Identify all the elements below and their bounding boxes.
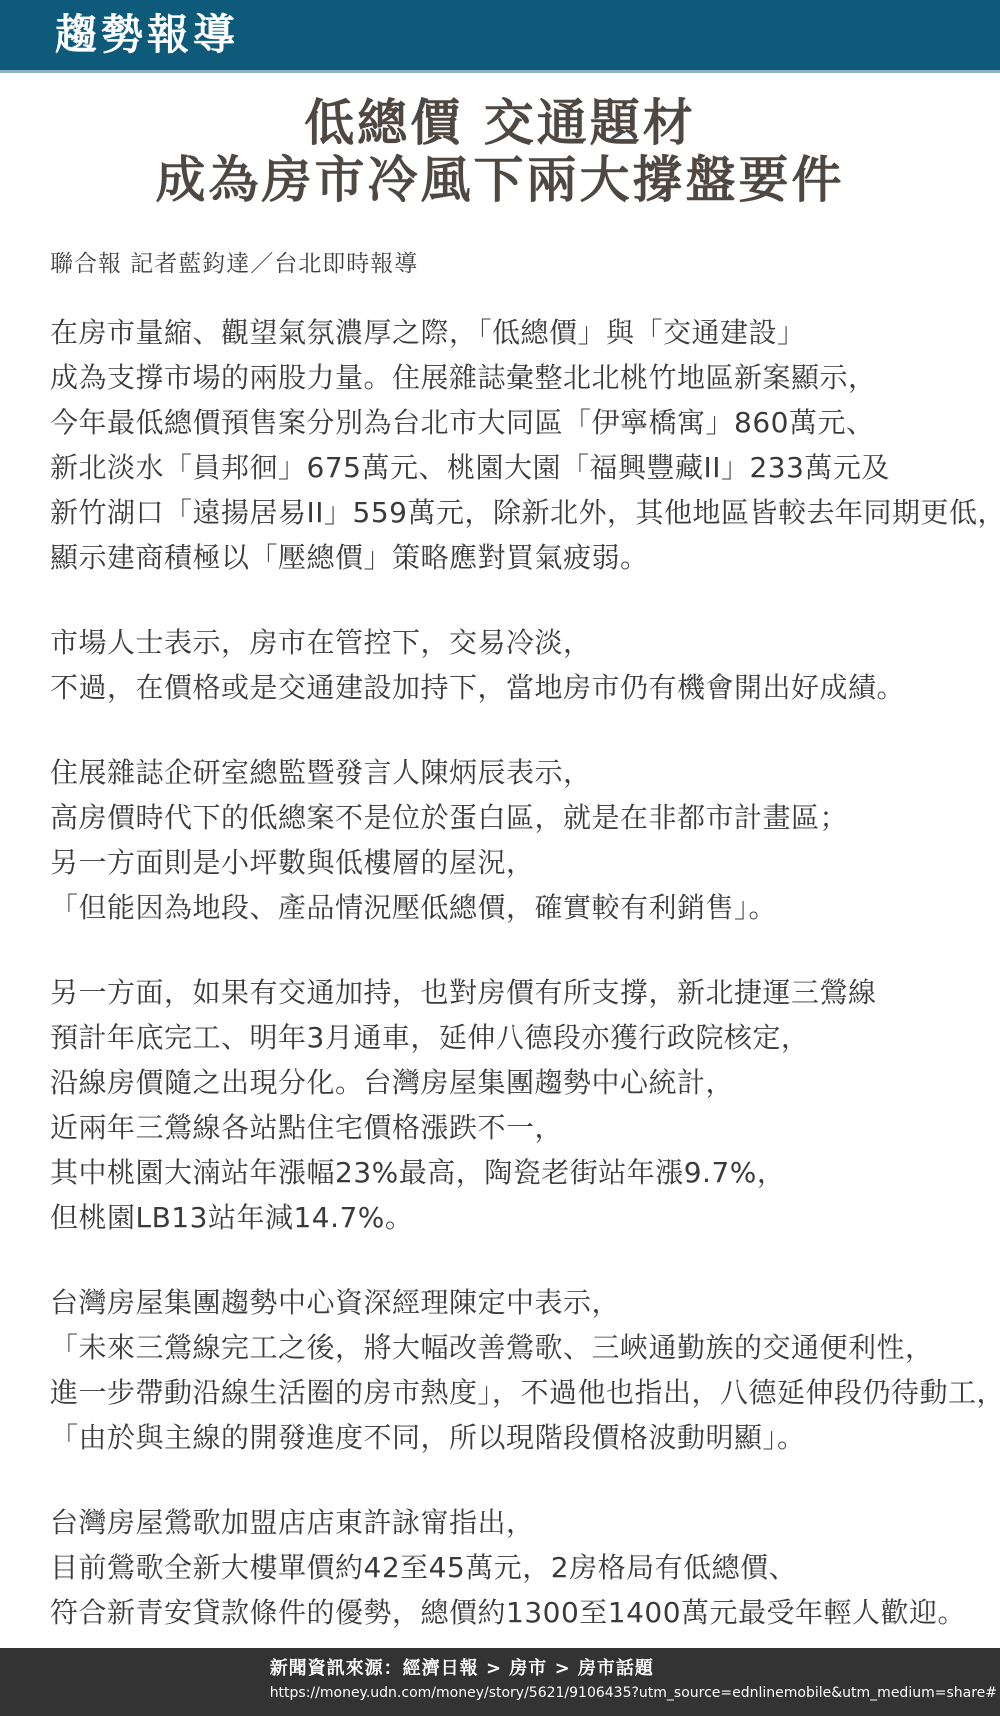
- paragraph-line: 預計年底完工、明年3月通車，延伸八德段亦獲行政院核定，: [50, 1015, 976, 1060]
- paragraph-line: 符合新青安貸款條件的優勢，總價約1300至1400萬元最受年輕人歡迎。: [50, 1590, 976, 1635]
- paragraph-line: 但桃園LB13站年減14.7%。: [50, 1195, 976, 1240]
- paragraph-line: 近兩年三鶯線各站點住宅價格漲跌不一，: [50, 1105, 976, 1150]
- paragraph-line: 住展雜誌企研室總監暨發言人陳炳辰表示，: [50, 750, 976, 795]
- paragraph-line: 目前鶯歌全新大樓單價約42至45萬元，2房格局有低總價、: [50, 1545, 976, 1590]
- paragraph-line: 另一方面則是小坪數與低樓層的屋況，: [50, 840, 976, 885]
- paragraph-line: 成為支撐市場的兩股力量。住展雜誌彙整北北桃竹地區新案顯示，: [50, 355, 976, 400]
- paragraph-line: 沿線房價隨之出現分化。台灣房屋集團趨勢中心統計，: [50, 1060, 976, 1105]
- paragraph-line: 台灣房屋集團趨勢中心資深經理陳定中表示，: [50, 1280, 976, 1325]
- paragraph-line: 「由於與主線的開發進度不同，所以現階段價格波動明顯」。: [50, 1415, 976, 1460]
- article-paragraph: 台灣房屋集團趨勢中心資深經理陳定中表示，「未來三鶯線完工之後，將大幅改善鶯歌、三…: [50, 1280, 976, 1460]
- paragraph-line: 進一步帶動沿線生活圈的房市熱度」，不過他也指出，八德延伸段仍待動工，: [50, 1370, 976, 1415]
- header-bar: 趨勢報導: [0, 0, 1000, 73]
- article-title-line1: 低總價 交通題材: [0, 95, 1000, 152]
- paragraph-line: 新北淡水「員邦徊」675萬元、桃園大園「福興豐藏II」233萬元及: [50, 445, 976, 490]
- paragraph-line: 在房市量縮、觀望氣氛濃厚之際，「低總價」與「交通建設」: [50, 310, 976, 355]
- paragraph-line: 市場人士表示，房市在管控下，交易冷淡，: [50, 620, 976, 665]
- paragraph-line: 台灣房屋鶯歌加盟店店東許詠甯指出，: [50, 1500, 976, 1545]
- paragraph-line: 高房價時代下的低總案不是位於蛋白區，就是在非都市計畫區；: [50, 795, 976, 840]
- paragraph-line: 另一方面，如果有交通加持，也對房價有所支撐，新北捷運三鶯線: [50, 970, 976, 1015]
- paragraph-line: 今年最低總價預售案分別為台北市大同區「伊寧橋寓」860萬元、: [50, 400, 976, 445]
- article-body: 在房市量縮、觀望氣氛濃厚之際，「低總價」與「交通建設」成為支撐市場的兩股力量。住…: [50, 310, 976, 1635]
- footer-content: 新聞資訊來源：經濟日報 > 房市 > 房市話題 https://money.ud…: [270, 1656, 997, 1704]
- article-paragraph: 在房市量縮、觀望氣氛濃厚之際，「低總價」與「交通建設」成為支撐市場的兩股力量。住…: [50, 310, 976, 580]
- article-paragraph: 市場人士表示，房市在管控下，交易冷淡，不過，在價格或是交通建設加持下，當地房市仍…: [50, 620, 976, 710]
- paragraph-line: 「但能因為地段、產品情況壓低總價，確實較有利銷售」。: [50, 885, 976, 930]
- article-paragraph: 住展雜誌企研室總監暨發言人陳炳辰表示，高房價時代下的低總案不是位於蛋白區，就是在…: [50, 750, 976, 930]
- article-title: 低總價 交通題材 成為房市冷風下兩大撐盤要件: [0, 95, 1000, 209]
- footer-bar: 新聞資訊來源：經濟日報 > 房市 > 房市話題 https://money.ud…: [0, 1648, 1000, 1716]
- footer-source-url: https://money.udn.com/money/story/5621/9…: [270, 1682, 997, 1704]
- paragraph-line: 「未來三鶯線完工之後，將大幅改善鶯歌、三峽通勤族的交通便利性，: [50, 1325, 976, 1370]
- page: 趨勢報導 低總價 交通題材 成為房市冷風下兩大撐盤要件 聯合報 記者藍鈞達／台北…: [0, 0, 1000, 1716]
- paragraph-line: 新竹湖口「遠揚居易II」559萬元，除新北外，其他地區皆較去年同期更低，: [50, 490, 976, 535]
- article-paragraph: 台灣房屋鶯歌加盟店店東許詠甯指出，目前鶯歌全新大樓單價約42至45萬元，2房格局…: [50, 1500, 976, 1635]
- paragraph-line: 不過，在價格或是交通建設加持下，當地房市仍有機會開出好成績。: [50, 665, 976, 710]
- article-title-line2: 成為房市冷風下兩大撐盤要件: [0, 152, 1000, 209]
- paragraph-line: 顯示建商積極以「壓總價」策略應對買氣疲弱。: [50, 535, 976, 580]
- article-paragraph: 另一方面，如果有交通加持，也對房價有所支撐，新北捷運三鶯線預計年底完工、明年3月…: [50, 970, 976, 1240]
- byline: 聯合報 記者藍鈞達／台北即時報導: [50, 245, 1000, 278]
- footer-source-breadcrumb: 新聞資訊來源：經濟日報 > 房市 > 房市話題: [270, 1656, 997, 1682]
- header-label: 趨勢報導: [55, 14, 239, 56]
- paragraph-line: 其中桃園大湳站年漲幅23%最高，陶瓷老街站年漲9.7%，: [50, 1150, 976, 1195]
